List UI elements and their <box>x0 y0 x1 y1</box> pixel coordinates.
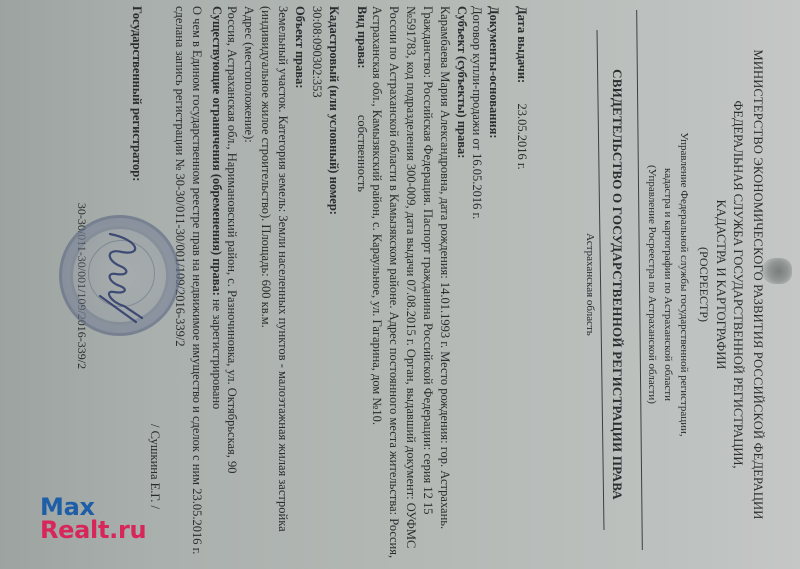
region-name: Астраханская область <box>584 0 596 569</box>
object-field: Объект права: Земельный участок. Категор… <box>223 6 308 566</box>
issue-date-field: Дата выдачи: 23.05.2016 г. <box>513 6 530 566</box>
cadastral-number-field: Кадастровый (или условный) номер: 30:08:… <box>308 6 342 566</box>
right-type-field: Вид права: собственность <box>353 6 370 566</box>
maxrealt-watermark: Max Realt.ru <box>40 496 146 542</box>
department-line3: (Управление Росреестра по Астраханской о… <box>646 0 658 569</box>
department-line2: кадастра и картографии по Астраханской о… <box>662 0 674 569</box>
service-abbreviation: (РОСРЕЕСТР) <box>696 0 711 569</box>
subject-label: Субъект (субъекты) права: <box>453 6 470 566</box>
subject-field: Субъект (субъекты) права: Карамбаева Мар… <box>368 6 470 566</box>
right-type-label: Вид права: <box>355 6 369 69</box>
certificate-document: МИНИСТЕРСТВО ЭКОНОМИЧЕСКОГО РАЗВИТИЯ РОС… <box>0 0 800 569</box>
object-label: Объект права: <box>291 6 308 566</box>
right-type-value: собственность <box>355 115 369 192</box>
department-line1: Управление Федеральной службы государств… <box>678 0 690 569</box>
ministry-name: МИНИСТЕРСТВО ЭКОНОМИЧЕСКОГО РАЗВИТИЯ РОС… <box>750 0 765 569</box>
restrictions-label: Существующие ограничения (обременения) п… <box>210 6 224 296</box>
restrictions-field: Существующие ограничения (обременения) п… <box>208 6 225 566</box>
issue-date-label: Дата выдачи: <box>515 6 529 83</box>
basis-documents-field: Документы-основания: Договор купли-прода… <box>468 6 502 566</box>
object-address-value: Россия, Астраханская обл., Наримановский… <box>223 6 240 566</box>
header-divider <box>636 10 643 550</box>
registrar-name: / Сушкина Е.Г. / <box>147 424 162 509</box>
cadastral-number-value: 30:08:090302:353 <box>308 6 325 566</box>
handwritten-signature-icon <box>90 226 150 326</box>
restrictions-value: не зарегистрировано <box>210 299 224 409</box>
cadastral-number-label: Кадастровый (или условный) номер: <box>325 6 342 566</box>
basis-documents-label: Документы-основания: <box>485 6 502 566</box>
title-divider <box>597 30 605 530</box>
basis-documents-value: Договор купли-продажи от 16.05.2016 г. <box>468 6 485 566</box>
object-address-label: Адрес (местоположение): <box>240 6 257 566</box>
coat-of-arms-icon <box>762 258 792 284</box>
service-name-line2: КАДАСТРА И КАРТОГРАФИИ <box>713 0 728 569</box>
document-title: СВИДЕТЕЛЬСТВО О ГОСУДАРСТВЕННОЙ РЕГИСТРА… <box>609 0 625 569</box>
object-value: Земельный участок. Категория земель: Зем… <box>257 6 291 566</box>
issue-date-value: 23.05.2016 г. <box>515 103 529 169</box>
photo-frame: МИНИСТЕРСТВО ЭКОНОМИЧЕСКОГО РАЗВИТИЯ РОС… <box>0 0 800 569</box>
watermark-line2: Realt.ru <box>40 519 146 542</box>
subject-value: Карамбаева Мария Александровна, дата рож… <box>368 6 453 566</box>
service-name-line1: ФЕДЕРАЛЬНАЯ СЛУЖБА ГОСУДАРСТВЕННОЙ РЕГИС… <box>730 0 745 569</box>
